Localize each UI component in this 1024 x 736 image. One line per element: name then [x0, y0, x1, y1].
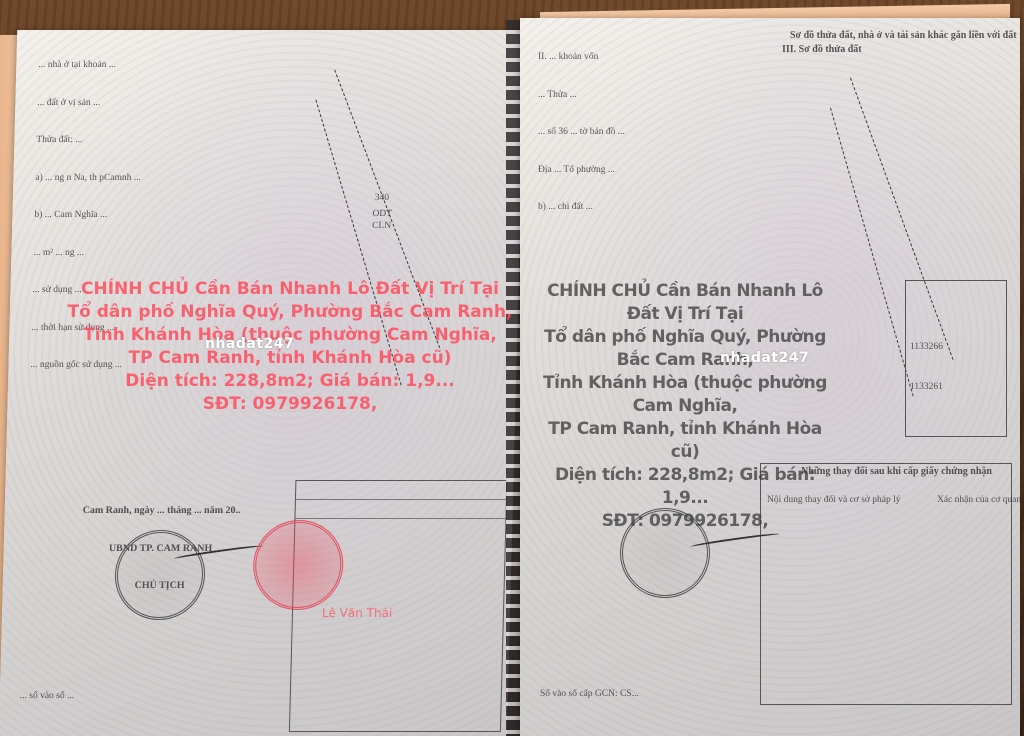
bottom-note: Số vào sổ cấp GCN: CS... [540, 688, 639, 701]
right-page-top-text: II. ... khoản vốn ... Thửa ... ... số 36… [538, 26, 625, 239]
watermark-left: nhadat247 [205, 336, 294, 352]
print-line: II. ... khoản vốn [538, 51, 625, 64]
coordinate-table: 1133266 1133261 [905, 280, 1007, 437]
bottom-note: ... số vào sổ ... [20, 690, 75, 703]
table-column: Xác nhận của cơ quan có thẩm quyền [937, 494, 1024, 507]
ad-address-line: Tổ dân phố Nghĩa Quý, Phường Bắc Cam Ran… [50, 301, 530, 324]
print-line: Địa ... Tổ phường ... [538, 164, 625, 177]
date-line: Cam Ranh, ngày ... tháng ... năm 20.. [82, 505, 240, 518]
table-row [296, 481, 506, 500]
watermark-right: nhadat247 [720, 350, 809, 366]
ad-area-price: Diện tích: 228,8m2; Giá bán: 1,9... [50, 370, 530, 393]
ad-phone: SĐT: 0979926178, [50, 393, 530, 416]
print-line: ... nhà ở tại khoản ... [38, 59, 144, 72]
section-header: Sơ đồ thửa đất, nhà ở và tài sản khác gắ… [790, 30, 1017, 43]
plan-label: ODT [372, 208, 392, 221]
section-title: III. Sơ đồ thửa đất [782, 44, 862, 57]
plan-label: CLN [372, 220, 391, 233]
print-line: ... Thửa ... [538, 89, 625, 102]
ghost-line: TP Cam Ranh, tỉnh Khánh Hòa cũ) [540, 418, 830, 464]
coordinate-value: 1133266 [910, 341, 943, 354]
land-plot-boundary [830, 108, 914, 397]
print-line: Thửa đất: ... [36, 134, 142, 147]
print-line: a) ... ng n Na, th pCamnh ... [35, 172, 141, 185]
plan-label: 340 [375, 192, 390, 205]
print-line: b) ... Cam Nghĩa ... [34, 209, 140, 222]
print-line: ... số 36 ... tờ bản đồ ... [538, 126, 625, 139]
coordinate-value: 1133261 [910, 381, 943, 394]
print-line: ... m² ... ng ... [33, 247, 139, 260]
stamp-name: Lê Văn Thái [322, 606, 393, 620]
ad-headline: CHÍNH CHỦ Cần Bán Nhanh Lô Đất Vị Trí Tạ… [50, 278, 530, 301]
ghost-line: SĐT: 0979926178, [540, 510, 830, 533]
ghost-line: Tỉnh Khánh Hòa (thuộc phường Cam Nghĩa, [540, 372, 830, 418]
ghost-line: CHÍNH CHỦ Cần Bán Nhanh Lô Đất Vị Trí Tạ… [540, 280, 830, 326]
print-line: ... đất ở vị sản ... [37, 97, 143, 110]
table-row [295, 500, 505, 519]
ghost-line: Diện tích: 228,8m2; Giá bán: 1,9... [540, 464, 830, 510]
print-line: b) ... chi đất ... [538, 201, 625, 214]
ghosted-ad-text: CHÍNH CHỦ Cần Bán Nhanh Lô Đất Vị Trí Tạ… [540, 280, 830, 533]
